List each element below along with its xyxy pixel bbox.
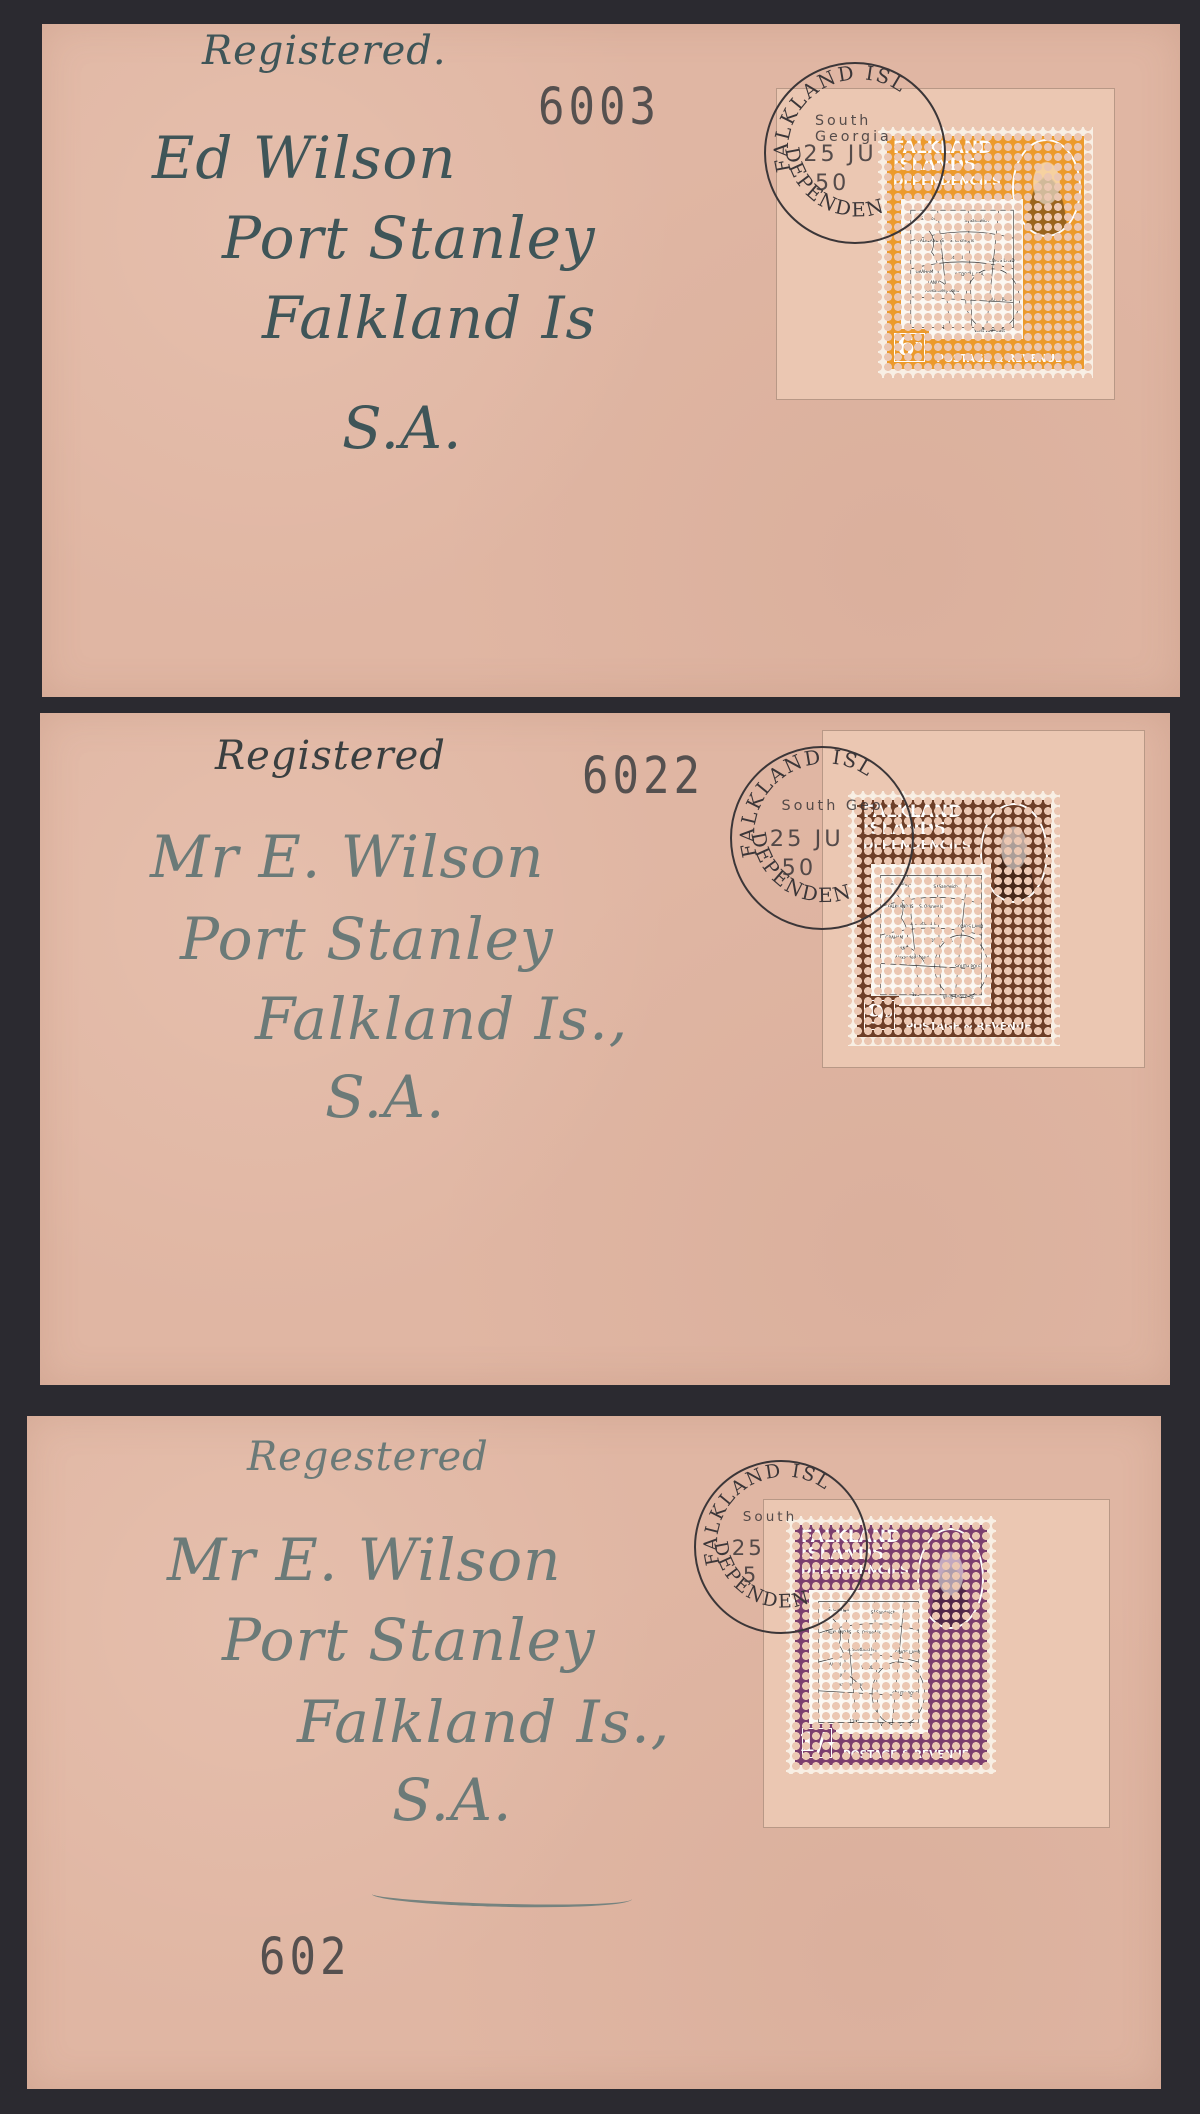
- stamp-denomination: 6D: [890, 329, 929, 366]
- registered-note: Registered: [215, 733, 446, 779]
- address-line-3: Falkland Is.,: [255, 985, 628, 1053]
- map-label: 120°: [849, 1719, 859, 1724]
- map-label: Alexander I Land: [833, 1682, 867, 1687]
- registered-note: Registered.: [202, 28, 447, 74]
- map-label: GRAHAM: [885, 935, 903, 940]
- stamp-denomination: 1/-: [798, 1724, 836, 1762]
- map-label: West 180° East: [974, 328, 1005, 333]
- map-label: FALKLAND IS: [888, 904, 914, 909]
- map-label: Alexander I Land: [925, 288, 959, 293]
- map-label: S. Orkney Is: [919, 904, 943, 909]
- registered-note: Regestered: [247, 1434, 489, 1480]
- map-label: WEDDELL SEA: [955, 272, 984, 277]
- registration-number: 602: [259, 1928, 350, 1987]
- underline-stroke: [372, 1881, 633, 1911]
- map-label: S. Shetland Is: [940, 255, 967, 260]
- map-label: SOUTH POLE: [986, 297, 1012, 302]
- address-line-1: Mr E. Wilson: [167, 1526, 562, 1594]
- address-line-2: Port Stanley: [180, 905, 554, 973]
- map-label: West 180° East: [943, 995, 974, 1000]
- map-label: S. Shetland Is: [909, 921, 936, 926]
- address-line-4: S.A.: [342, 394, 462, 462]
- stamp-denomination: 9D: [860, 996, 899, 1034]
- map-label: COATS LAND: [989, 258, 1015, 263]
- map-label: LAND: [928, 280, 939, 285]
- map-label: Alexander I Land: [895, 955, 929, 960]
- map-label: GRAHAM: [823, 1662, 841, 1667]
- map-label: WEDDELL SEA: [861, 1665, 890, 1670]
- map-label: LAND: [897, 946, 908, 951]
- map-label: COATS LAND: [895, 1650, 921, 1655]
- registration-number: 6022: [582, 747, 704, 806]
- stamp-title-line: DEPENDENCIES: [863, 839, 971, 852]
- map-label: COATS LAND: [958, 924, 984, 929]
- address-line-1: Mr E. Wilson: [150, 823, 545, 891]
- stamp-footer: POSTAGE & REVENUE: [843, 1749, 969, 1761]
- antarctic-map: S. GeorgiaS. SandwichFALKLAND ISS. Orkne…: [809, 1590, 928, 1734]
- map-label: S. Sandwich: [871, 1610, 895, 1615]
- antarctic-map: S. GeorgiaS. SandwichFALKLAND ISS. Orkne…: [871, 864, 991, 1006]
- address-line-1: Ed Wilson: [152, 124, 457, 192]
- stamp-title-line: DEPENDENCIES: [801, 1564, 909, 1577]
- map-label: WEDDELL SEA: [924, 938, 953, 943]
- map-label: S. Georgia: [828, 1607, 849, 1612]
- map-label: S. Shetland Is: [847, 1647, 874, 1652]
- map-label: GRAHAM: [916, 269, 934, 274]
- registration-number: 6003: [538, 78, 660, 137]
- map-label: LAND: [835, 1673, 846, 1678]
- map-label: FALKLAND IS: [918, 238, 944, 243]
- map-label: S. Georgia: [921, 216, 942, 221]
- stamp-title: FALKLANDISLANDSDEPENDENCIES: [893, 140, 1001, 187]
- address-line-3: Falkland Is: [262, 284, 596, 352]
- address-line-3: Falkland Is.,: [297, 1688, 670, 1756]
- map-label: S. Sandwich: [934, 884, 958, 889]
- stamp-frame: FALKLANDISLANDSDEPENDENCIES S. GeorgiaS.…: [887, 136, 1084, 369]
- stamp-title-line: DEPENDENCIES: [893, 175, 1001, 188]
- map-label: SOUTH POLE: [892, 1691, 918, 1696]
- stamp-6d-orange: FALKLANDISLANDSDEPENDENCIES S. GeorgiaS.…: [878, 127, 1093, 378]
- antarctic-map: S. GeorgiaS. SandwichFALKLAND ISS. Orkne…: [901, 199, 1023, 339]
- address-line-2: Port Stanley: [222, 1606, 596, 1674]
- address-line-4: S.A.: [325, 1063, 445, 1131]
- map-label: S. Georgia: [890, 881, 911, 886]
- stamp-9d-brown: FALKLANDISLANDSDEPENDENCIES S. GeorgiaS.…: [848, 791, 1060, 1046]
- address-line-4: S.A.: [392, 1766, 512, 1834]
- map-label: S. Orkney Is: [950, 238, 974, 243]
- address-line-2: Port Stanley: [222, 204, 596, 272]
- stamp-title: FALKLANDISLANDSDEPENDENCIES: [801, 1529, 909, 1576]
- stamp-footer: POSTAGE & REVENUE: [906, 1021, 1032, 1033]
- map-label: S. Sandwich: [965, 218, 989, 223]
- map-label: West 180° East: [880, 1722, 911, 1727]
- map-label: 120°: [943, 325, 953, 330]
- map-label: FALKLAND IS: [826, 1630, 852, 1635]
- stamp-frame: FALKLANDISLANDSDEPENDENCIES S. GeorgiaS.…: [795, 1525, 987, 1765]
- stamp-1s-purple: FALKLANDISLANDSDEPENDENCIES S. GeorgiaS.…: [786, 1516, 996, 1774]
- stamp-frame: FALKLANDISLANDSDEPENDENCIES S. GeorgiaS.…: [857, 800, 1051, 1037]
- map-label: SOUTH POLE: [955, 964, 981, 969]
- stamp-title: FALKLANDISLANDSDEPENDENCIES: [863, 804, 971, 851]
- stamp-footer: POSTAGE & REVENUE: [936, 353, 1062, 365]
- map-label: S. Orkney Is: [857, 1630, 881, 1635]
- map-label: 120°: [912, 992, 922, 997]
